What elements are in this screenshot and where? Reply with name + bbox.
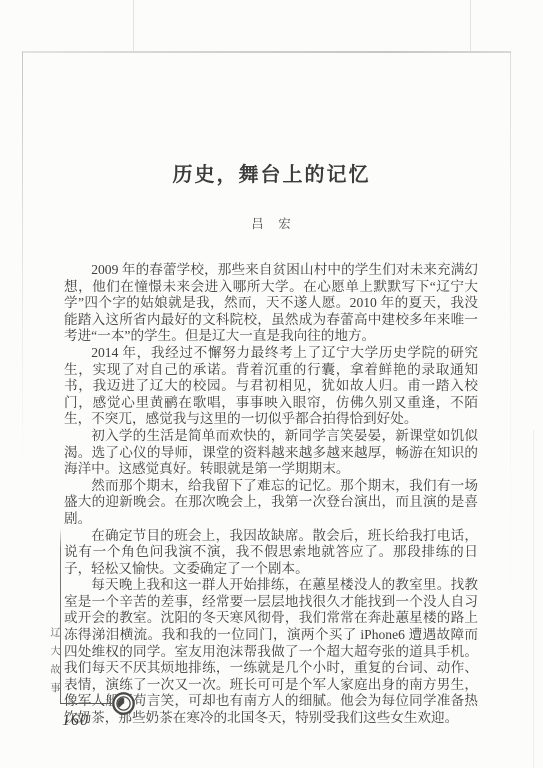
article-author: 吕 宏 — [0, 214, 543, 232]
page-edge-left — [22, 52, 23, 472]
series-label-vertical: 辽大故事 — [46, 627, 61, 701]
article-title: 历史，舞台上的记忆 — [0, 158, 543, 187]
paragraph-2: 2014 年，我经过不懈努力最终考上了辽宁大学历史学院的研究生，实现了对自己的承… — [64, 345, 478, 428]
article-body: 2009 年的春蕾学校，那些来自贫困山村中的学生们对未来充满幻想，他们在憧憬未来… — [64, 262, 478, 727]
scanned-book-page: 历史，舞台上的记忆 吕 宏 2009 年的春蕾学校，那些来自贫困山村中的学生们对… — [0, 0, 543, 768]
page-edge-top — [22, 51, 511, 53]
margin-rule-vertical — [60, 528, 61, 704]
scan-streak — [470, 0, 471, 51]
paragraph-3: 初入学的生活是简单而欢快的，新同学言笑晏晏，新课堂如饥似渴。选了心仪的导师，课堂… — [64, 428, 478, 478]
paragraph-1: 2009 年的春蕾学校，那些来自贫困山村中的学生们对未来充满幻想，他们在憧憬未来… — [64, 262, 478, 345]
clock-icon — [110, 690, 137, 717]
paragraph-4: 然而那个期末，给我留下了难忘的记忆。那个期末，我们有一场盛大的迎新晚会。在那次晚… — [64, 478, 478, 528]
scan-streak — [533, 430, 534, 768]
page-number: 160 — [62, 712, 89, 730]
scan-streak — [133, 0, 134, 51]
paragraph-5: 在确定节目的班会上，我因故缺席。散会后，班长给我打电话，说有一个角色问我演不演，… — [64, 528, 478, 578]
page-edge-right — [510, 52, 511, 632]
footer-rule-horizontal — [60, 703, 112, 704]
